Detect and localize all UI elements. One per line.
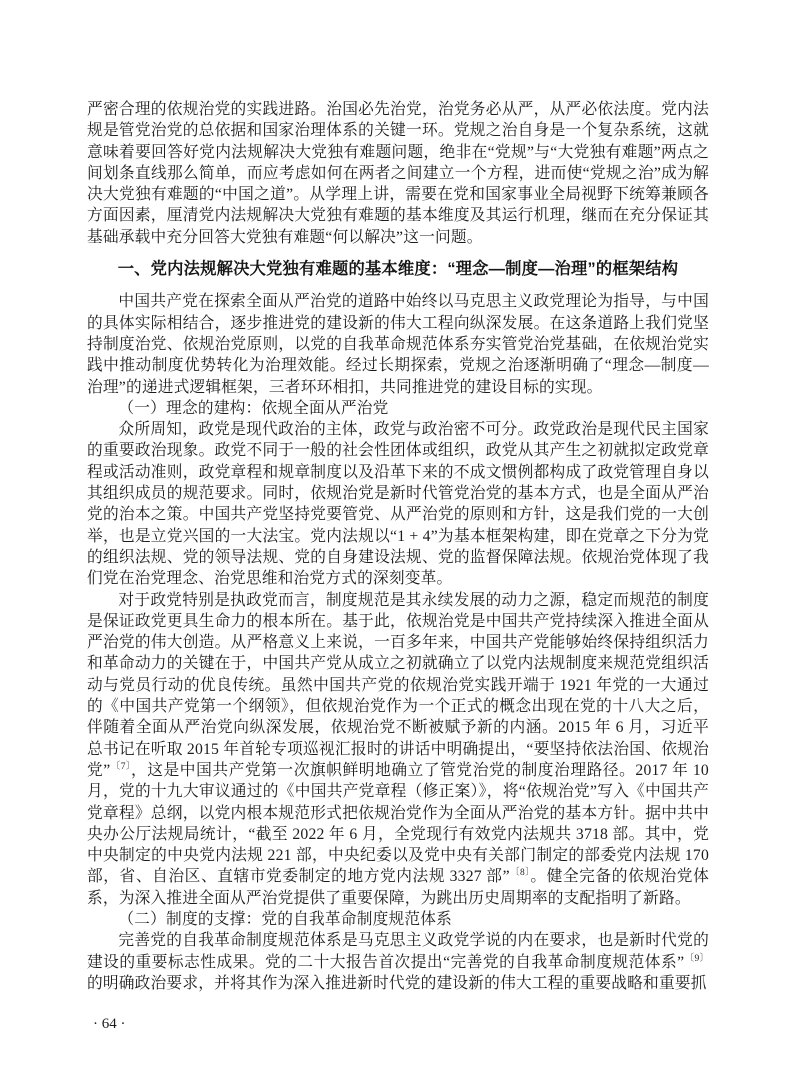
subheading-institution: （二）制度的支撑：党的自我革命制度规范体系 <box>87 909 709 930</box>
page-number: · 64 · <box>93 1014 126 1034</box>
section-heading: 一、党内法规解决大党独有难题的基本维度：“理念—制度—治理”的框架结构 <box>87 259 709 280</box>
paragraph-system: 完善党的自我革命制度规范体系是马克思主义政党学说的内在要求，也是新时代党的建设的… <box>87 930 709 994</box>
footnote-marker: 〔7〕 <box>110 762 131 772</box>
article-body: 严密合理的依规治党的实践进路。治国必先治党，治党务必从严，从严必依法度。党内法规… <box>87 99 709 994</box>
subheading-concept: （一）理念的建构：依规全面从严治党 <box>87 398 709 419</box>
paragraph-history: 对于政党特别是执政党而言，制度规范是其永续发展的动力之源，稳定而规范的制度是保证… <box>87 590 709 909</box>
footnote-marker: 〔9〕 <box>684 953 709 963</box>
footnote-marker: 〔8〕 <box>510 868 531 878</box>
document-page: 严密合理的依规治党的实践进路。治国必先治党，治党务必从严，从严必依法度。党内法规… <box>0 0 793 1077</box>
paragraph-intro: 中国共产党在探索全面从严治党的道路中始终以马克思主义政党理论为指导，与中国的具体… <box>87 291 709 397</box>
paragraph-concept: 众所周知，政党是现代政治的主体，政党与政治密不可分。政党政治是现代民主国家的重要… <box>87 419 709 589</box>
paragraph-continuation: 严密合理的依规治党的实践进路。治国必先治党，治党务必从严，从严必依法度。党内法规… <box>87 99 709 248</box>
